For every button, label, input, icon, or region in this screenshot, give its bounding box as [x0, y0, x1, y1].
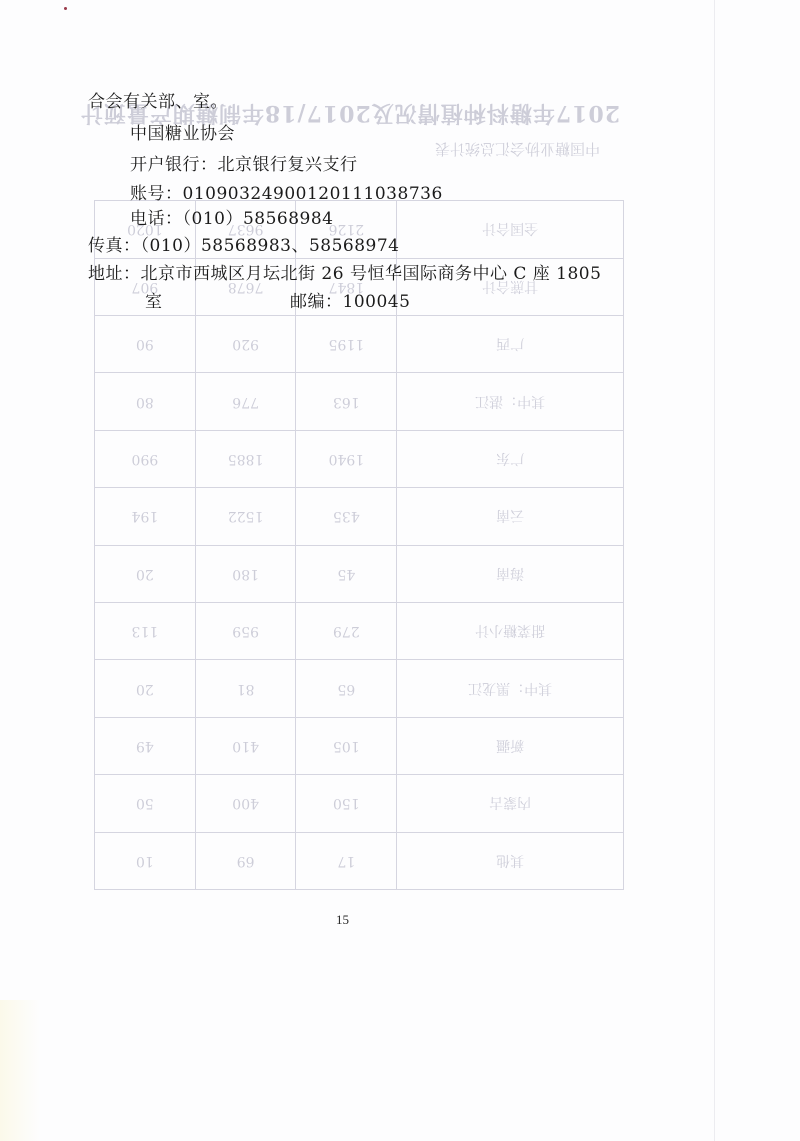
- paper-tint: [0, 1000, 40, 1141]
- postal-code: 邮编：100045: [290, 292, 410, 312]
- bleed-table-cell: 163: [296, 373, 397, 430]
- organization-name: 中国糖业协会: [130, 124, 235, 144]
- bleed-table-cell: 1195: [296, 315, 397, 372]
- bleed-table-cell: 45: [296, 545, 397, 602]
- bleed-table-cell: 云南: [397, 488, 624, 545]
- bleed-table-cell: 10: [95, 832, 196, 889]
- bleed-table-row: 其中：黑龙江658120: [95, 660, 624, 717]
- bleed-table-cell: 1522: [195, 488, 296, 545]
- page-edge: [714, 0, 715, 1141]
- bleed-table-cell: 其他: [397, 832, 624, 889]
- bleed-table-cell: 甜菜糖小计: [397, 602, 624, 659]
- bleed-table-cell: 279: [296, 602, 397, 659]
- bleed-table-cell: 150: [296, 775, 397, 832]
- bleed-table-cell: 400: [195, 775, 296, 832]
- bleed-table-cell: 新疆: [397, 717, 624, 774]
- bleed-table-cell: 180: [195, 545, 296, 602]
- closing-line: 合会有关部、室。: [88, 92, 228, 112]
- bleed-table-row: 内蒙古15040050: [95, 775, 624, 832]
- bleed-table-cell: 17: [296, 832, 397, 889]
- fax-number: 传真：（010）58568983、58568974: [88, 236, 400, 256]
- bleed-table-row: 甜菜糖小计279959113: [95, 602, 624, 659]
- bleed-table-cell: 其中：湛江: [397, 373, 624, 430]
- bleed-table-cell: 435: [296, 488, 397, 545]
- bleed-table-cell: 959: [195, 602, 296, 659]
- bleed-table-row: 广西119592090: [95, 315, 624, 372]
- bleed-table-cell: 65: [296, 660, 397, 717]
- bleed-table-row: 新疆10541049: [95, 717, 624, 774]
- bleed-table-cell: 全国合计: [397, 201, 624, 259]
- page-number: 15: [336, 912, 349, 928]
- bleed-table-cell: 1940: [296, 430, 397, 487]
- bleed-table-cell: 49: [95, 717, 196, 774]
- bleed-table-cell: 20: [95, 545, 196, 602]
- bleed-table-cell: 80: [95, 373, 196, 430]
- bleed-table-cell: 其中：黑龙江: [397, 660, 624, 717]
- bleed-table-row: 云南4351522194: [95, 488, 624, 545]
- bleed-table-cell: 广西: [397, 315, 624, 372]
- bleed-table-row: 其他176910: [95, 832, 624, 889]
- bleed-table-row: 海南4518020: [95, 545, 624, 602]
- account-number: 账号：01090324900120111038736: [130, 184, 443, 204]
- bleed-table-cell: 113: [95, 602, 196, 659]
- bleed-table-cell: 776: [195, 373, 296, 430]
- bleed-table-cell: 990: [95, 430, 196, 487]
- bank-name: 开户银行：北京银行复兴支行: [130, 155, 358, 175]
- phone-number: 电话：（010）58568984: [130, 209, 333, 229]
- address-continued: 室: [145, 292, 163, 312]
- bleed-table-row: 其中：湛江16377680: [95, 373, 624, 430]
- bleed-table-cell: 广东: [397, 430, 624, 487]
- bleed-table-cell: 50: [95, 775, 196, 832]
- bleed-table-cell: 81: [195, 660, 296, 717]
- bleed-table-cell: 69: [195, 832, 296, 889]
- bleed-table-cell: 海南: [397, 545, 624, 602]
- address: 地址：北京市西城区月坛北街 26 号恒华国际商务中心 C 座 1805: [88, 264, 601, 284]
- bleed-table-cell: 1885: [195, 430, 296, 487]
- bleed-table-cell: 920: [195, 315, 296, 372]
- bleed-table-cell: 105: [296, 717, 397, 774]
- bleed-table-cell: 内蒙古: [397, 775, 624, 832]
- bleed-table-cell: 194: [95, 488, 196, 545]
- bleed-table-cell: 90: [95, 315, 196, 372]
- scan-speck: [64, 7, 67, 10]
- bleed-table-cell: 20: [95, 660, 196, 717]
- bleed-table-row: 广东19401885990: [95, 430, 624, 487]
- bleed-table-cell: 410: [195, 717, 296, 774]
- bleed-heading: 中国糖业协会汇总统计表: [435, 139, 600, 160]
